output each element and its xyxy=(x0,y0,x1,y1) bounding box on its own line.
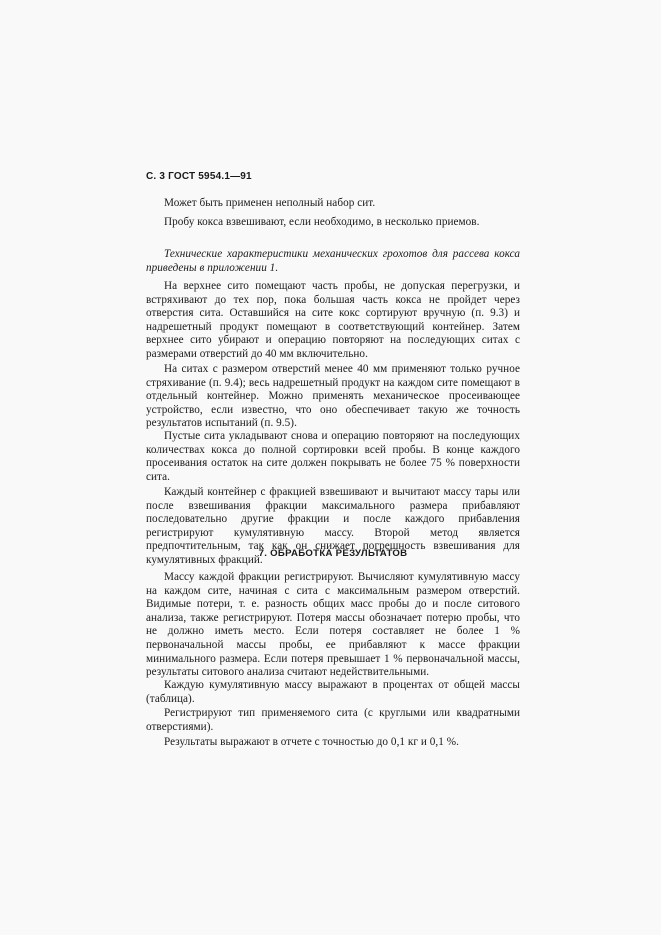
paragraph: Технические характеристики механических … xyxy=(146,248,520,275)
paragraph: Результаты выражают в отчете с точностью… xyxy=(146,736,520,750)
paragraph: Может быть применен неполный набор сит. xyxy=(146,197,520,211)
paragraph: На ситах с размером отверстий менее 40 м… xyxy=(146,363,520,431)
paragraph: Пустые сита укладывают снова и операцию … xyxy=(146,430,520,484)
paragraph: Регистрируют тип применяемого сита (с кр… xyxy=(146,707,520,734)
paragraph: Пробу кокса взвешивают, если необходимо,… xyxy=(146,216,520,230)
paragraph: На верхнее сито помещают часть пробы, не… xyxy=(146,280,520,362)
paragraph: Массу каждой фракции регистрируют. Вычис… xyxy=(146,571,520,680)
page-header: С. 3 ГОСТ 5954.1—91 xyxy=(146,171,252,182)
paragraph: Каждую кумулятивную массу выражают в про… xyxy=(146,679,520,706)
section-title: 7. ОБРАБОТКА РЕЗУЛЬТАТОВ xyxy=(146,548,520,559)
